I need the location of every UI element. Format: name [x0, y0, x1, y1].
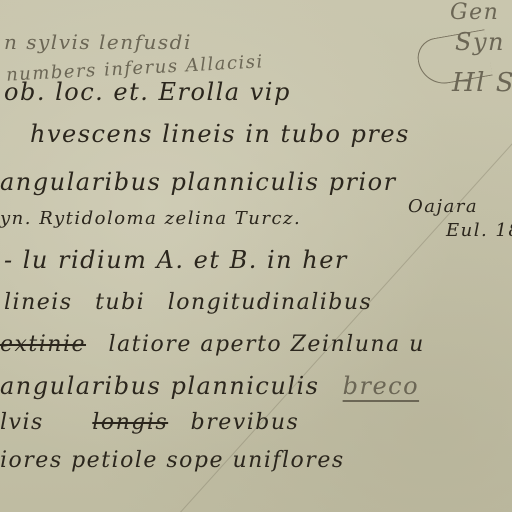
- margin-note-syn: Syn: [455, 28, 505, 56]
- manuscript-line-11: extinie latiore aperto Zeinluna u: [0, 332, 439, 357]
- manuscript-line-8: Eul. 180: [446, 220, 512, 241]
- manuscript-line-13: lvis longis brevibus: [0, 410, 313, 435]
- underlined-word-breco: breco: [343, 372, 419, 400]
- manuscript-line-14: iores petiole sope uniflores: [0, 448, 345, 473]
- word-lineis: lineis: [4, 290, 73, 315]
- manuscript-line-4: hvescens lineis in tubo pres: [30, 120, 410, 148]
- manuscript-line-3: ob. loc. et. Erolla vip: [4, 78, 291, 106]
- struck-word-longis: longis: [92, 410, 168, 435]
- struck-word-extinie: extinie: [0, 332, 86, 357]
- word-angularibus: angularibus planniculis: [0, 372, 320, 400]
- word-tubi: tubi: [95, 290, 145, 315]
- margin-note-hl-st: Hl St: [452, 68, 512, 98]
- word-brevibus: brevibus: [191, 410, 300, 435]
- manuscript-line-7: Oajara: [408, 196, 478, 217]
- manuscript-page: n sylvis lenfusdi numbers inferus Allaci…: [0, 0, 512, 512]
- manuscript-line-12: angularibus planniculis breco: [0, 372, 433, 400]
- word-longitudinalibus: longitudinalibus: [168, 290, 373, 315]
- margin-note-gen: Gen: [450, 0, 499, 25]
- manuscript-line-6: yn. Rytidoloma zelina Turcz.: [0, 208, 301, 229]
- manuscript-line-9: - lu ridium A. et B. in her: [4, 246, 348, 274]
- manuscript-line-10: lineis tubi longitudinalibus: [4, 290, 386, 315]
- manuscript-line-1: n sylvis lenfusdi: [4, 30, 192, 54]
- manuscript-line-5: angularibus planniculis prior: [0, 168, 397, 196]
- word-latiore-aperto: latiore aperto Zeinluna u: [109, 332, 425, 357]
- word-lvis: lvis: [0, 410, 44, 435]
